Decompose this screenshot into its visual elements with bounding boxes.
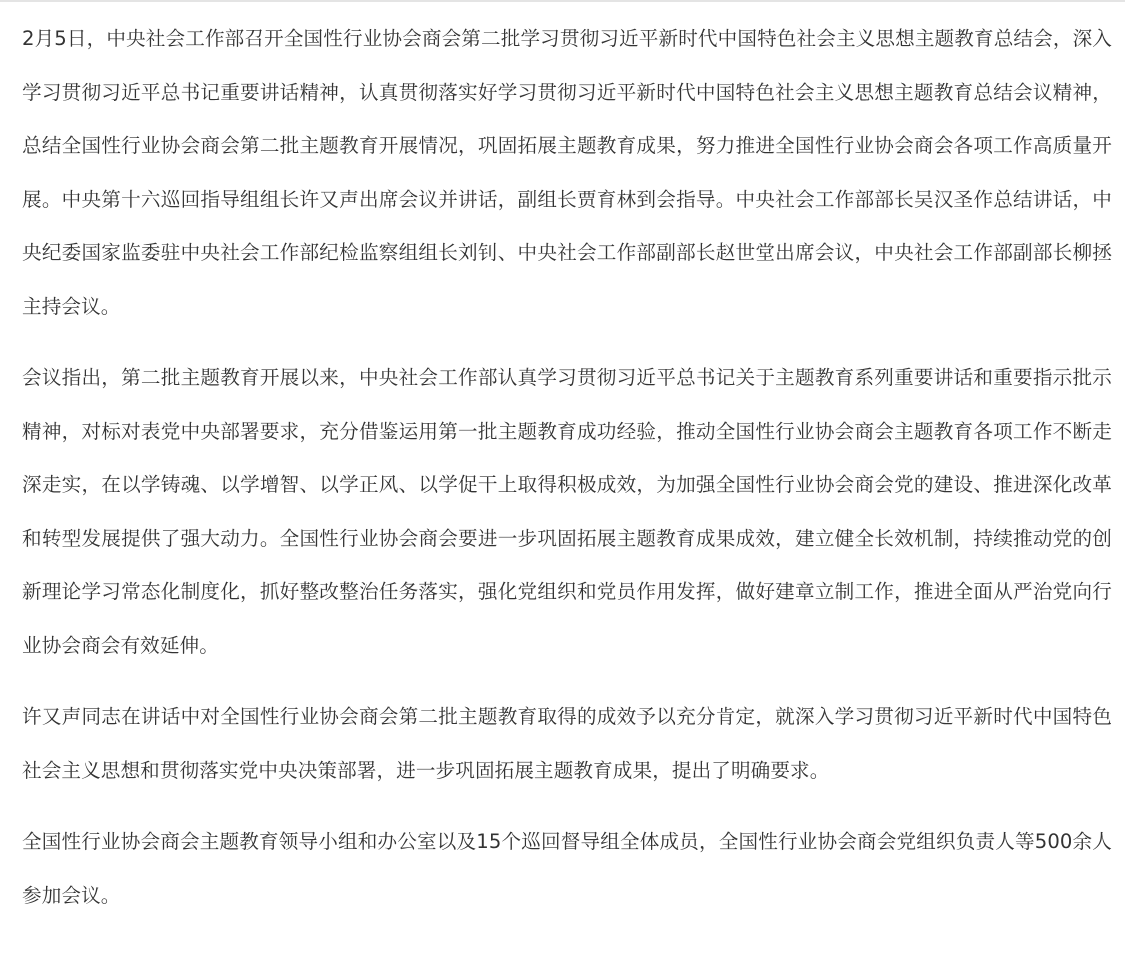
article-paragraph-2: 会议指出，第二批主题教育开展以来，中央社会工作部认真学习贯彻习近平总书记关于主题…: [22, 351, 1112, 672]
article-paragraph-3: 许又声同志在讲话中对全国性行业协会商会第二批主题教育取得的成效予以充分肯定，就深…: [22, 690, 1112, 797]
article-paragraph-4: 全国性行业协会商会主题教育领导小组和办公室以及15个巡回督导组全体成员，全国性行…: [22, 815, 1112, 922]
article-paragraph-1: 2月5日，中央社会工作部召开全国性行业协会商会第二批学习贯彻习近平新时代中国特色…: [22, 12, 1112, 333]
article-body: 2月5日，中央社会工作部召开全国性行业协会商会第二批学习贯彻习近平新时代中国特色…: [22, 12, 1112, 940]
